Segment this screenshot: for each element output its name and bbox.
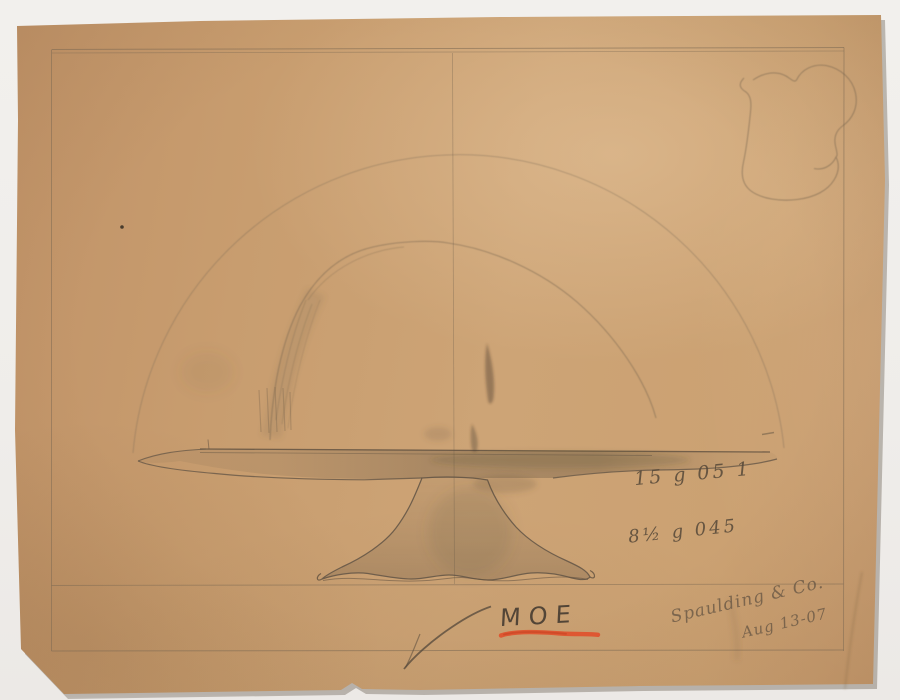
- pencil-drawing-layer: [0, 0, 900, 700]
- pitcher-sketch: [740, 65, 856, 200]
- scanned-design-drawing: 15 g 05 1 8½ g 045 MOE Spaulding & Co. A…: [0, 0, 900, 700]
- compote-side-elevation: [138, 433, 777, 584]
- inner-dome-arc: [270, 241, 656, 440]
- outer-semicircle-arc: [133, 155, 784, 453]
- check-mark: [404, 607, 491, 670]
- red-underline: [501, 632, 598, 636]
